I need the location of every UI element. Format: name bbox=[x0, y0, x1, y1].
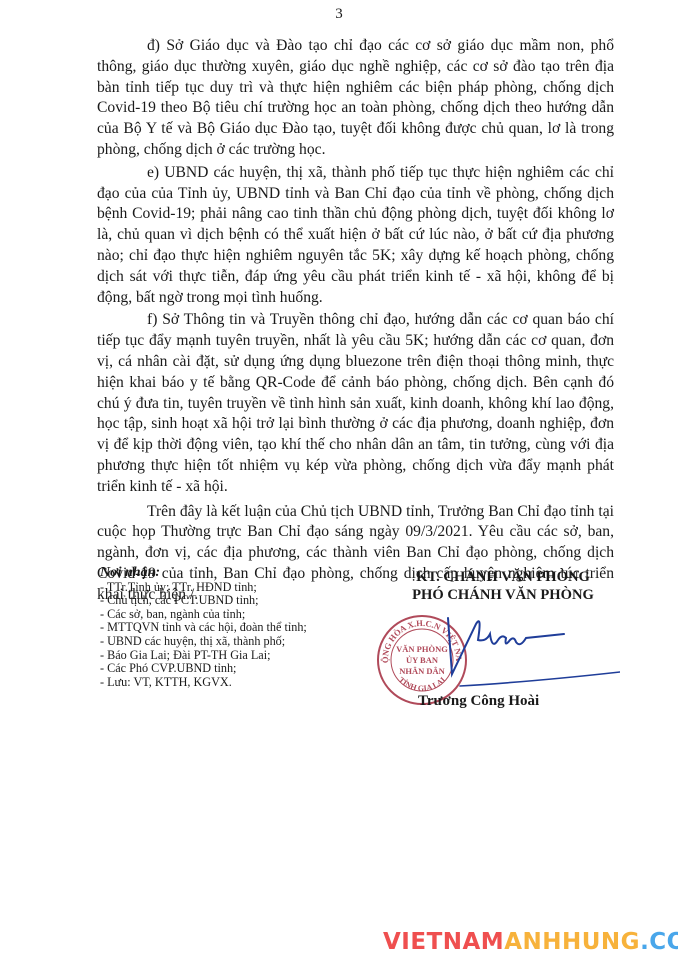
recipient-item: - MTTQVN tỉnh và các hội, đoàn thể tỉnh; bbox=[100, 621, 370, 635]
site-watermark: VIETNAMANHHUNG.COM bbox=[383, 930, 678, 954]
document-body: đ) Sở Giáo dục và Đào tạo chỉ đạo các cơ… bbox=[97, 36, 614, 608]
signer-name: Trương Công Hoài bbox=[418, 693, 539, 710]
recipient-item: - Báo Gia Lai; Đài PT-TH Gia Lai; bbox=[100, 649, 370, 663]
recipients-heading: Nơi nhận: bbox=[100, 566, 370, 580]
recipients-block: Nơi nhận: - TTr.Tỉnh ủy; TTr. HĐND tỉnh;… bbox=[100, 566, 370, 689]
recipients-list: - TTr.Tỉnh ủy; TTr. HĐND tỉnh; - Chủ tịc… bbox=[100, 581, 370, 690]
page-number: 3 bbox=[0, 6, 678, 23]
recipient-item: - Chủ tịch, các PCT.UBND tỉnh; bbox=[100, 594, 370, 608]
recipient-item: - TTr.Tỉnh ủy; TTr. HĐND tỉnh; bbox=[100, 581, 370, 595]
recipient-item: - Các Phó CVP.UBND tỉnh; bbox=[100, 662, 370, 676]
recipient-item: - UBND các huyện, thị xã, thành phố; bbox=[100, 635, 370, 649]
signature-title-line2: PHÓ CHÁNH VĂN PHÒNG bbox=[378, 586, 628, 604]
signature-title-line1: KT. CHÁNH VĂN PHÒNG bbox=[378, 568, 628, 586]
recipient-item: - Các sở, ban, ngành của tỉnh; bbox=[100, 608, 370, 622]
paragraph-d-education: đ) Sở Giáo dục và Đào tạo chỉ đạo các cơ… bbox=[97, 36, 614, 161]
signature-title: KT. CHÁNH VĂN PHÒNG PHÓ CHÁNH VĂN PHÒNG bbox=[378, 568, 628, 604]
watermark-part-com: .COM bbox=[640, 929, 678, 955]
recipient-item: - Lưu: VT, KTTH, KGVX. bbox=[100, 676, 370, 690]
watermark-part-vietnam: VIETNAM bbox=[383, 929, 504, 955]
handwritten-signature-icon bbox=[430, 612, 620, 692]
watermark-part-anhhung: ANHHUNG bbox=[504, 929, 640, 955]
paragraph-f-information: f) Sở Thông tin và Truyền thông chỉ đạo,… bbox=[97, 310, 614, 497]
paragraph-e-district-ubnd: e) UBND các huyện, thị xã, thành phố tiế… bbox=[97, 163, 614, 309]
